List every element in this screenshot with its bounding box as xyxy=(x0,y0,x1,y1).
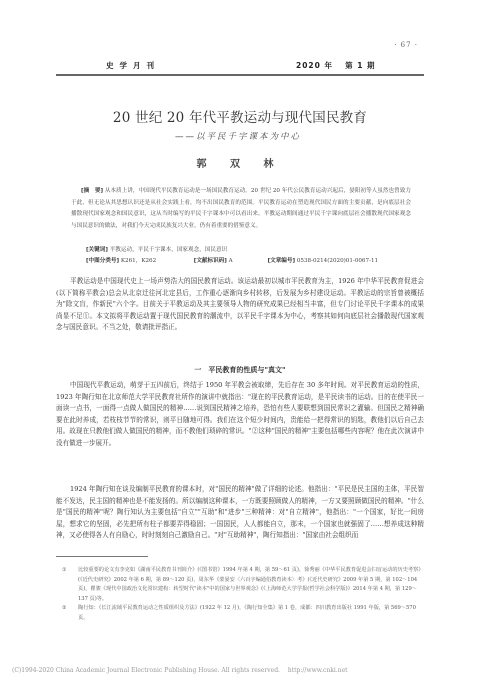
footnotes: ① 比较重要的论文有李克如《湖南平民教育书刊简介》(《图书馆》1994 年第 4… xyxy=(62,566,422,624)
intro-paragraph: 平教运动是中国现代史上一场声势浩大的国民教育运动。该运动最初以城市平民教育为主，… xyxy=(56,276,424,334)
footnote-text: 比较重要的论文有李克如《湖南平民教育书刊简介》(《图书馆》1994 年第 4 期… xyxy=(78,567,421,602)
issue-info: 2020 年 第 1 期 xyxy=(296,60,376,71)
keywords-text: 平教运动，平民千字课本，国家观念，国民意识 xyxy=(110,247,227,253)
body-paragraph: 中国现代平教运动，萌芽于五四前后，终结于 1950 年平教会被取缔，先后存在 3… xyxy=(56,380,424,450)
section-heading: 一 平民教育的性质与"真文" xyxy=(0,365,480,375)
classification-row: [中图分类号] K261，K262 [文献标识码] A [文章编号] 0538-… xyxy=(86,256,426,264)
footnote-mark: ② xyxy=(62,604,67,614)
article-subtitle: ——以平民千字课本为中心 xyxy=(175,130,301,142)
clc-value: K261，K262 xyxy=(121,258,156,264)
doc-code-label: [文献标识码] xyxy=(194,258,227,264)
section-1-body: 中国现代平教运动，萌芽于五四前后，终结于 1950 年平教会被取缔，先后存在 3… xyxy=(56,380,424,450)
page-number: · 67 · xyxy=(394,41,418,49)
author-name: 郭 双 林 xyxy=(0,155,480,170)
copyright-footer: (C)1994-2020 China Academic Journal Elec… xyxy=(12,665,472,674)
keywords-label: [关键词] xyxy=(86,247,108,253)
footnote-text: 陶行知：《长江流域平民教育运动之性质组织及方法》(1922 年 12 月)，《陶… xyxy=(78,605,416,621)
doc-code-value: A xyxy=(229,258,233,264)
article-no-value: 0538-0214(2020)01-0067-11 xyxy=(297,258,378,264)
abstract: [摘 要] 从本质上讲，中国现代平民教育运动是一场国民教育运动。20 世纪 20… xyxy=(71,186,411,232)
running-header: 史学月刊 2020 年 第 1 期 xyxy=(56,60,424,74)
keywords: [关键词] 平教运动，平民千字课本，国家观念，国民意识 xyxy=(86,245,227,253)
footnote-rule xyxy=(56,556,148,557)
article-title: 20 世纪 20 年代平教运动与现代国民教育 xyxy=(0,106,480,126)
abstract-label: [摘 要] xyxy=(81,188,103,194)
body-paragraph: 1924 年陶行知在谈及编制平民教育的课本时，对"国民的精神"做了详细的论述。他… xyxy=(56,484,424,542)
section-1-body-continued: 1924 年陶行知在谈及编制平民教育的课本时，对"国民的精神"做了详细的论述。他… xyxy=(56,484,424,542)
article-no-label: [文章编号] xyxy=(268,258,296,264)
clc-label: [中图分类号] xyxy=(86,258,119,264)
intro-section: 平教运动是中国现代史上一场声势浩大的国民教育运动。该运动最初以城市平民教育为主，… xyxy=(56,276,424,334)
journal-name: 史学月刊 xyxy=(106,60,160,71)
footnote-item: ① 比较重要的论文有李克如《湖南平民教育书刊简介》(《图书馆》1994 年第 4… xyxy=(62,566,422,604)
header-rule xyxy=(56,74,424,76)
abstract-text: 从本质上讲，中国现代平民教育运动是一场国民教育运动。20 世纪 20 年代公民教… xyxy=(71,188,411,229)
footnote-item: ② 陶行知：《长江流域平民教育运动之性质组织及方法》(1922 年 12 月)，… xyxy=(62,604,422,623)
footnote-mark: ① xyxy=(62,566,67,576)
